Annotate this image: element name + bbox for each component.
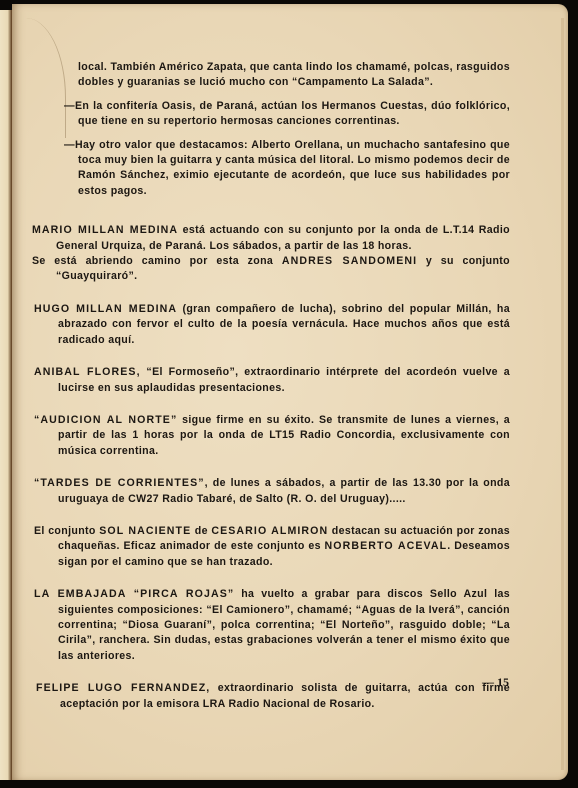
artist-name: NORBERTO ACEVAL [325, 540, 448, 552]
artist-name: ANIBAL FLORES, [34, 366, 141, 378]
paragraph-text: de [191, 525, 211, 537]
paragraph-sol-naciente: El conjunto SOL NACIENTE de CESARIO ALMI… [34, 524, 510, 570]
program-name: “TARDES DE CORRIENTES” [34, 477, 205, 489]
paragraph-tardes-corrientes: “TARDES DE CORRIENTES”, de lunes a sábad… [34, 476, 510, 507]
paragraph-mario-millan: MARIO MILLAN MEDINA está actuando con su… [32, 223, 510, 285]
paragraph-pirca-rojas: LA EMBAJADA “PIRCA ROJAS” ha vuelto a gr… [34, 587, 510, 664]
program-name: “AUDICION AL NORTE” [34, 414, 177, 426]
paragraph-orellana: —Hay otro valor que destacamos: Alberto … [40, 138, 510, 200]
artist-name: CESARIO ALMIRON [211, 525, 328, 537]
artist-name: MARIO MILLAN MEDINA [32, 224, 178, 236]
paragraph-text: El conjunto [34, 525, 99, 537]
page-body: local. También Américo Zapata, que canta… [40, 60, 510, 729]
artist-name: HUGO MILLAN MEDINA [34, 303, 177, 315]
paragraph-intro-continued: local. También Américo Zapata, que canta… [40, 60, 510, 91]
page-edge [561, 18, 564, 770]
group-name: SOL NACIENTE [99, 525, 191, 537]
page-number: — 15 [482, 675, 509, 690]
paragraph-hugo-millan: HUGO MILLAN MEDINA (gran compañero de lu… [34, 302, 510, 348]
group-name: LA EMBAJADA “PIRCA ROJAS” [34, 588, 234, 600]
paragraph-felipe-lugo: FELIPE LUGO FERNANDEZ, extraordinario so… [36, 681, 510, 712]
paragraph-audicion-norte: “AUDICION AL NORTE” sigue firme en su éx… [34, 413, 510, 459]
paragraph-text: Se está abriendo camino por esta zona [32, 255, 282, 267]
artist-name: ANDRES SANDOMENI [282, 255, 417, 267]
paragraph-anibal-flores: ANIBAL FLORES, “El Formoseño”, extraordi… [34, 365, 510, 396]
scanned-page: local. También Américo Zapata, que canta… [0, 0, 578, 788]
artist-name: FELIPE LUGO FERNANDEZ, [36, 682, 210, 694]
paragraph-oasis: —En la confitería Oasis, de Paraná, actú… [40, 99, 510, 130]
